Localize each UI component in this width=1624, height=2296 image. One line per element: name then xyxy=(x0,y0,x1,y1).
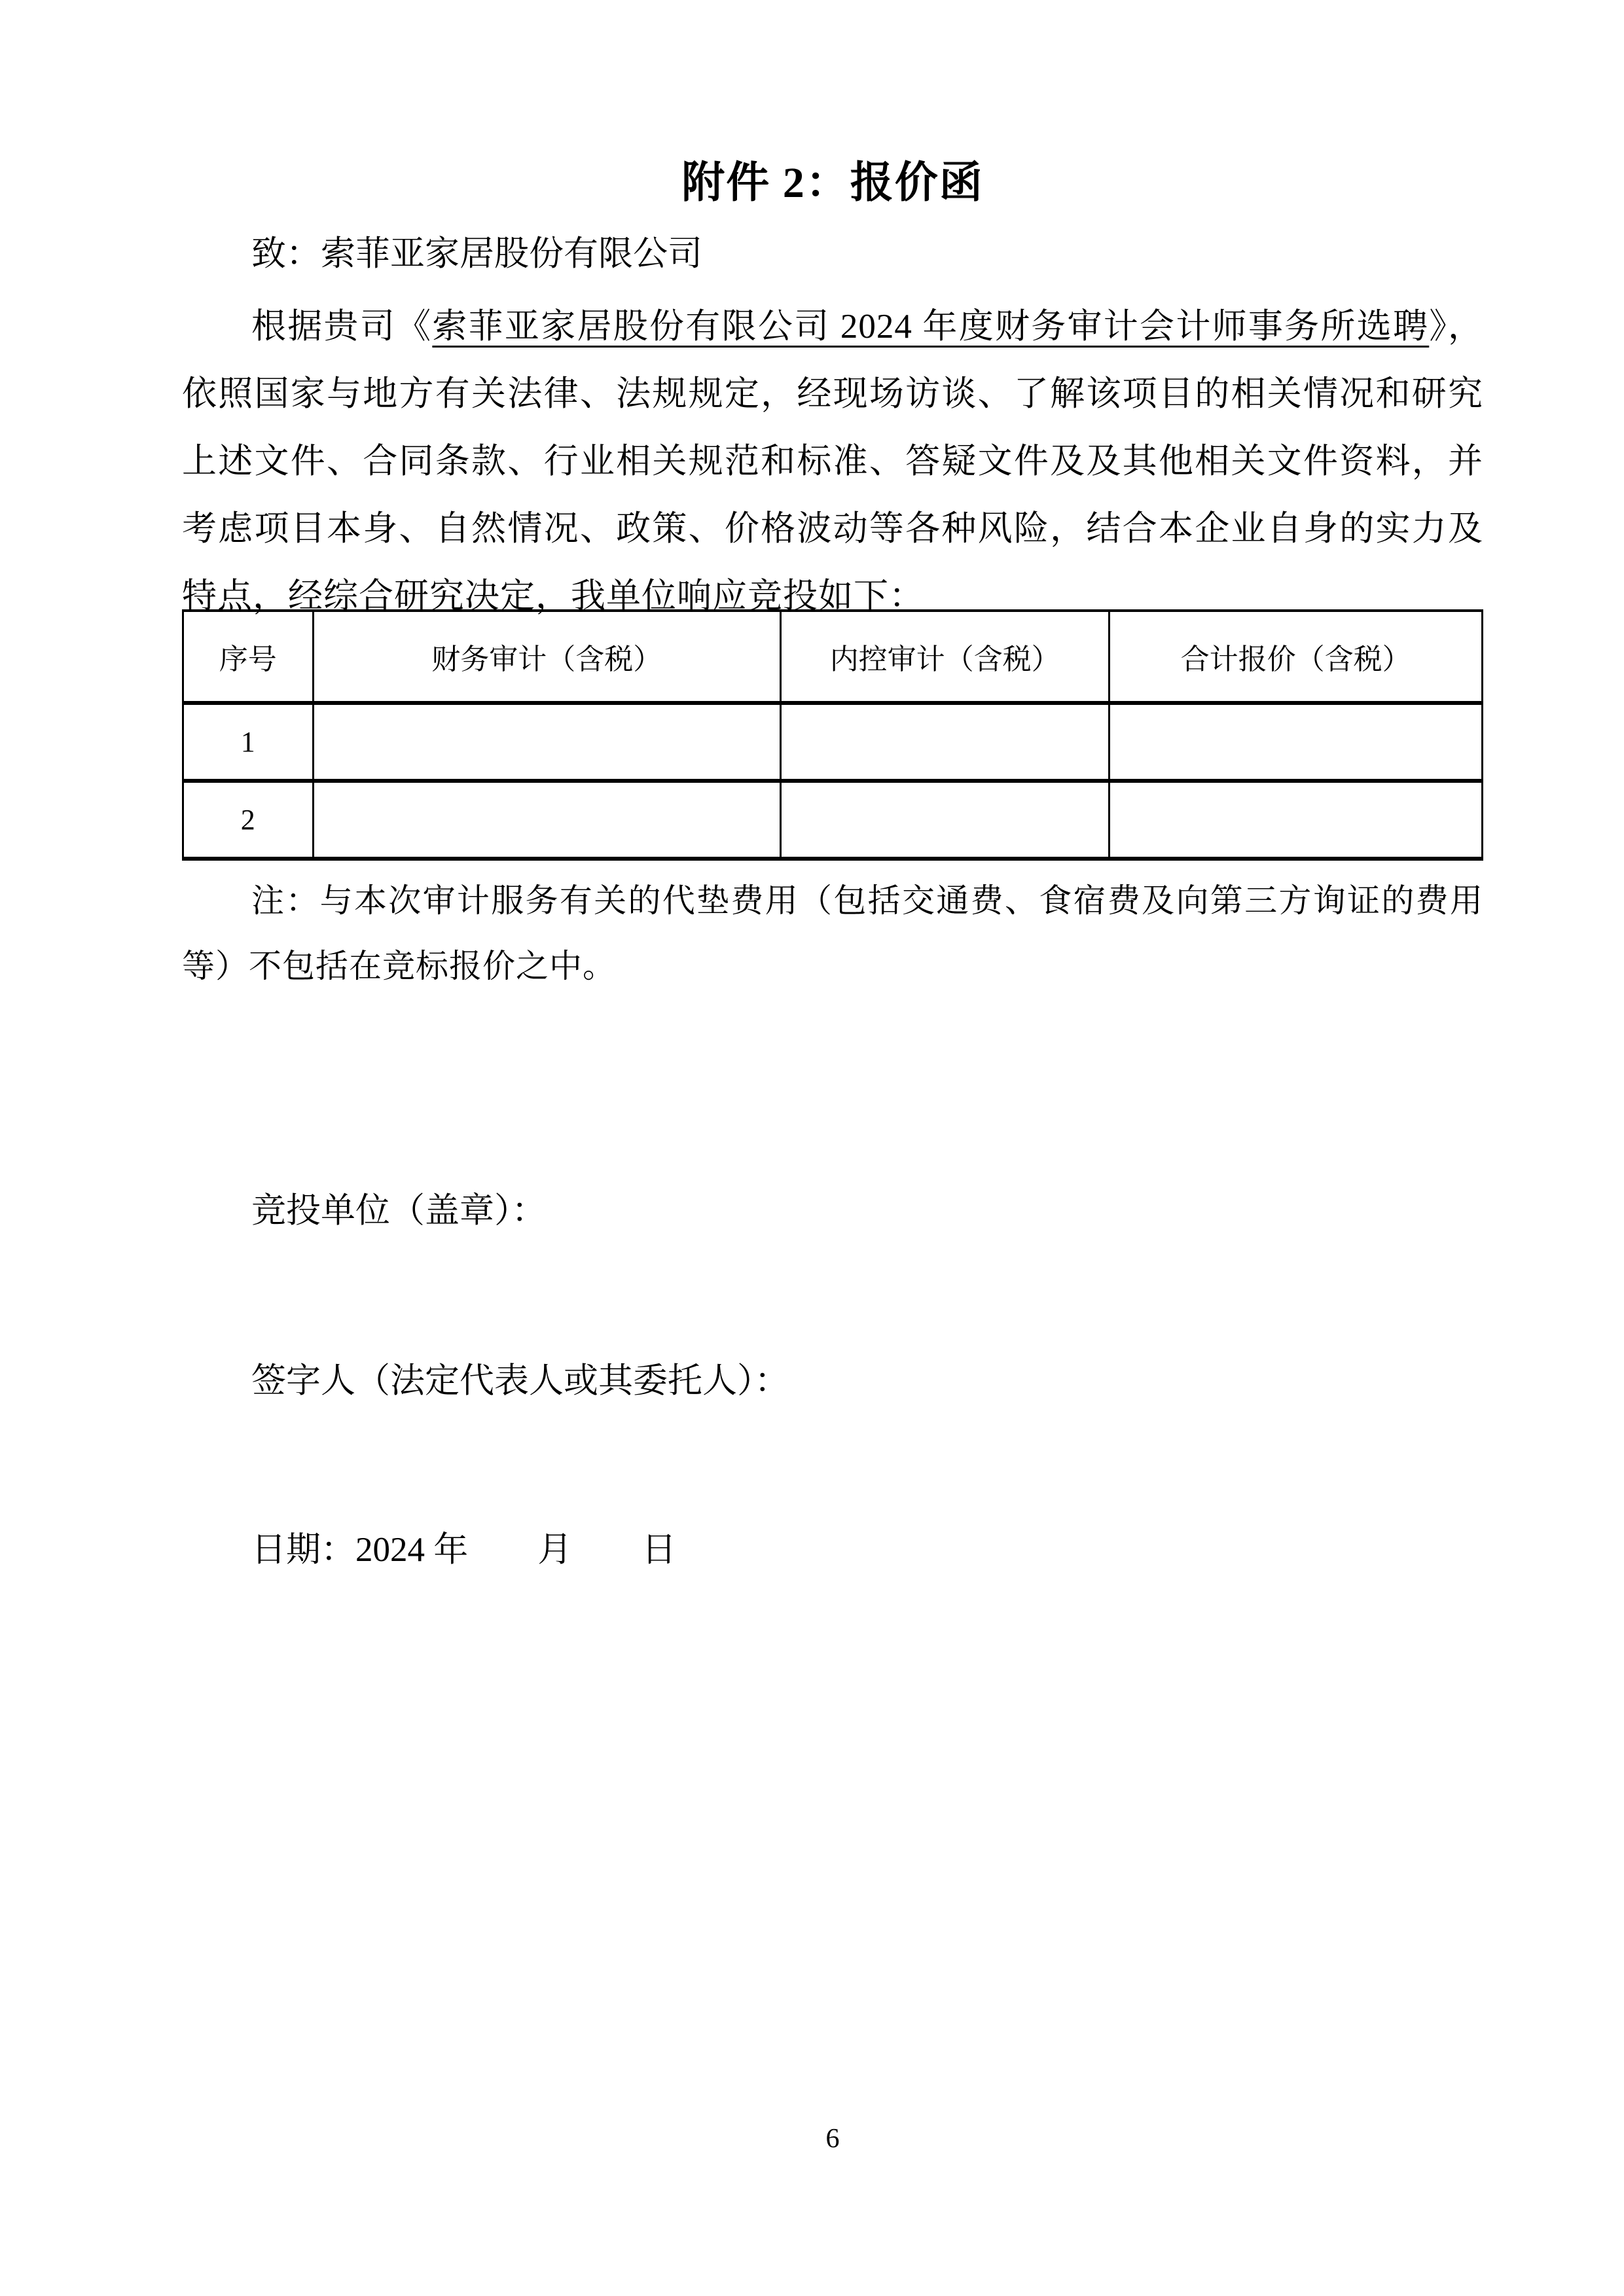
total-quote-cell xyxy=(1110,781,1483,859)
document-page: 附件 2：报价函 致：索菲亚家居股份有限公司 根据贵司《索菲亚家居股份有限公司 … xyxy=(0,0,1624,2296)
total-quote-cell xyxy=(1110,703,1483,781)
serial-cell: 2 xyxy=(183,781,314,859)
bid-statement-paragraph: 根据贵司《索菲亚家居股份有限公司 2024 年度财务审计会计师事务所选聘》，依照… xyxy=(182,293,1483,630)
page-number: 6 xyxy=(182,2122,1483,2156)
internal-control-audit-cell xyxy=(781,781,1110,859)
financial-audit-cell xyxy=(313,703,781,781)
page-title: 附件 2：报价函 xyxy=(182,156,1483,211)
project-reference-underlined: 索菲亚家居股份有限公司 2024 年度财务审计会计师事务所选聘 xyxy=(432,308,1429,346)
internal-control-audit-cell xyxy=(781,703,1110,781)
table-row: 1 xyxy=(183,703,1483,781)
serial-cell: 1 xyxy=(183,703,314,781)
bidder-seal-label: 竞投单位（盖章）： xyxy=(182,1186,1483,1236)
table-header-row: 序号 财务审计（含税） 内控审计（含税） 合计报价（含税） xyxy=(183,611,1483,703)
table-row: 2 xyxy=(183,781,1483,859)
col-header-total-quote: 合计报价（含税） xyxy=(1110,611,1483,703)
paragraph-prefix: 根据贵司《 xyxy=(251,308,432,346)
salutation-line: 致：索菲亚家居股份有限公司 xyxy=(182,230,1483,278)
quotation-table: 序号 财务审计（含税） 内控审计（含税） 合计报价（含税） 1 2 xyxy=(182,609,1483,861)
financial-audit-cell xyxy=(313,781,781,859)
date-label: 日期：2024 年 月 日 xyxy=(182,1525,1483,1575)
paragraph-suffix: 》，依照国家与地方有关法律、法规规定，经现场访谈、了解该项目的相关情况和研究上述… xyxy=(182,308,1483,615)
quotation-table-wrap: 序号 财务审计（含税） 内控审计（含税） 合计报价（含税） 1 2 xyxy=(182,609,1483,861)
col-header-financial-audit: 财务审计（含税） xyxy=(313,611,781,703)
note-text: 注：与本次审计服务有关的代垫费用（包括交通费、食宿费及向第三方询证的费用等）不包… xyxy=(182,868,1483,999)
col-header-internal-control-audit: 内控审计（含税） xyxy=(781,611,1110,703)
col-header-serial: 序号 xyxy=(183,611,314,703)
signer-label: 签字人（法定代表人或其委托人）： xyxy=(182,1356,1483,1406)
